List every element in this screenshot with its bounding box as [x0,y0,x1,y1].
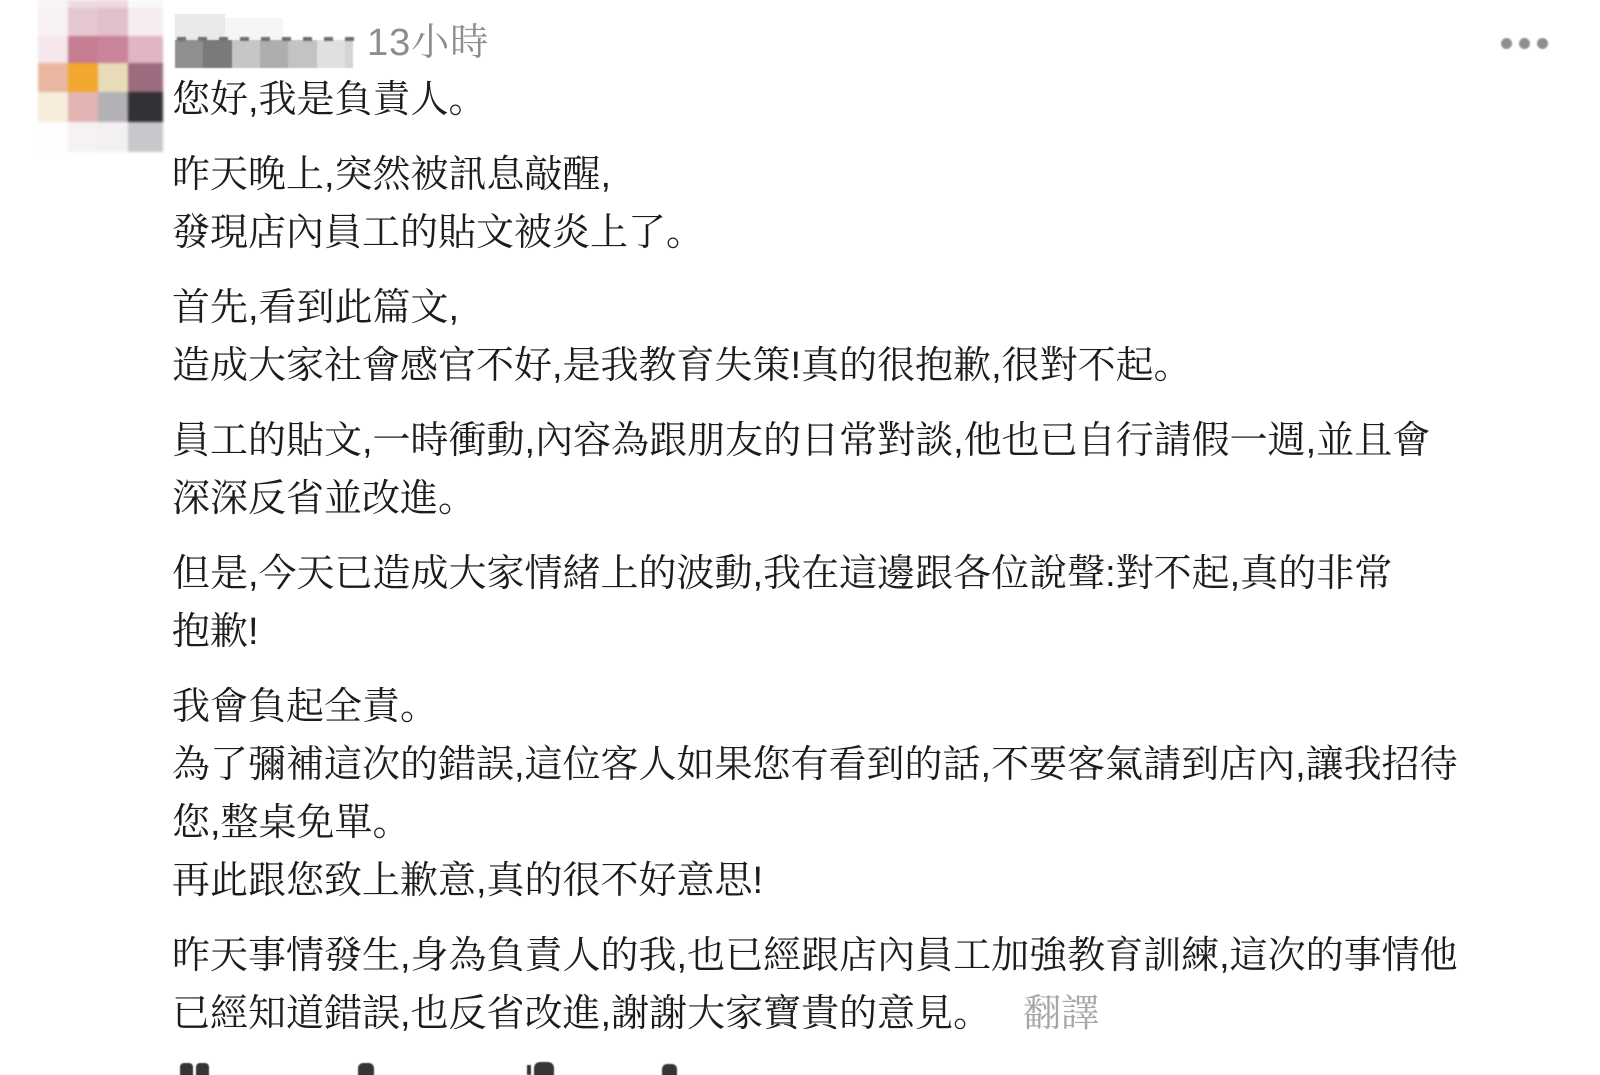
dot [1537,38,1548,49]
username-blur-block [232,40,260,68]
comment-text-line: 您好,我是負責人。 [172,71,1572,129]
avatar-pixel [68,63,98,92]
comment-paragraph: 我會負起全責。 為了彌補這次的錯誤,這位客人如果您有看到的話,不要客氣請到店內,… [172,678,1572,910]
dot [1501,38,1512,49]
redacted-mark [358,1063,374,1075]
comment-text-line: 再此跟您致上歉意,真的很不好意思! [172,852,1572,910]
avatar-pixel [68,122,98,152]
timestamp[interactable]: 13小時 [367,20,489,66]
comment-text-line: 首先,看到此篇文, [172,279,1572,337]
username-blur-artifact [177,37,359,41]
avatar-pixel [128,92,163,122]
avatar-pixel [68,92,98,122]
username-blur-block [260,40,288,68]
comment-text-line: 造成大家社會感官不好,是我教育失策!真的很抱歉,很對不起。 [172,337,1572,395]
comment-text-segment: 已經知道錯誤,也反省改進,謝謝大家寶貴的意見。 [172,993,991,1035]
avatar-pixel [98,0,128,8]
comment-text-line: 昨天晚上,突然被訊息敲醒, [172,146,1572,204]
avatar-pixel [128,8,163,36]
avatar-pixel [128,122,163,152]
avatar-pixel [68,0,98,8]
comment-text-line: 您,整桌免單。 [172,794,1572,852]
dot [1519,38,1530,49]
avatar-pixel [98,36,128,63]
username-blur-block [345,40,353,68]
username-blur-block [288,40,317,68]
avatar-pixel [128,0,163,8]
redacted-mark [180,1063,193,1075]
avatar-pixel [128,63,163,92]
avatar-pixel [68,8,98,36]
comment-text-line: 抱歉! [172,603,1572,661]
avatar-pixel [38,92,68,122]
comment-body: 您好,我是負責人。 昨天晚上,突然被訊息敲醒, 發現店內員工的貼文被炎上了。 首… [172,71,1572,1043]
username-redacted[interactable] [175,14,375,70]
username-blur-block [175,40,203,68]
comment-text-line: 我會負起全責。 [172,678,1572,736]
comment-text-line: 但是,今天已造成大家情緒上的波動,我在這邊跟各位說聲:對不起,真的非常 [172,545,1572,603]
comment-paragraph: 員工的貼文,一時衝動,內容為跟朋友的日常對談,他也已自行請假一週,並且會 深深反… [172,412,1572,528]
avatar-pixel [98,8,128,36]
comment-paragraph: 但是,今天已造成大家情緒上的波動,我在這邊跟各位說聲:對不起,真的非常 抱歉! [172,545,1572,661]
avatar-pixel [98,63,128,92]
comment-paragraph: 您好,我是負責人。 [172,71,1572,129]
comment-paragraph: 昨天事情發生,身為負責人的我,也已經跟店內員工加強教育訓練,這次的事情他 已經知… [172,927,1572,1043]
avatar-pixel [68,36,98,63]
avatar-pixel [98,92,128,122]
comment-paragraph: 昨天晚上,突然被訊息敲醒, 發現店內員工的貼文被炎上了。 [172,146,1572,262]
ellipsis-menu-icon[interactable] [1501,38,1548,49]
redacted-mark [527,1065,531,1075]
redacted-mark [196,1063,209,1075]
comment-text-line: 深深反省並改進。 [172,470,1572,528]
avatar-pixel [98,122,128,152]
comment-text-line: 為了彌補這次的錯誤,這位客人如果您有看到的話,不要客氣請到店內,讓我招待 [172,736,1572,794]
username-blur-block [317,40,345,68]
comment-post: 13小時 您好,我是負責人。 昨天晚上,突然被訊息敲醒, 發現店內員工的貼文被炎… [0,0,1600,1075]
avatar-pixel [38,36,68,63]
comment-text-line: 員工的貼文,一時衝動,內容為跟朋友的日常對談,他也已自行請假一週,並且會 [172,412,1572,470]
translate-link[interactable]: 翻譯 [1023,993,1099,1035]
comment-text-line: 發現店內員工的貼文被炎上了。 [172,204,1572,262]
avatar-pixel [38,8,68,36]
avatar-pixel [38,63,68,92]
redacted-mark [662,1064,677,1075]
avatar-pixel [128,36,163,63]
redacted-mark [534,1062,554,1075]
avatar[interactable] [38,0,163,152]
username-blur-row [175,40,353,68]
comment-paragraph: 首先,看到此篇文, 造成大家社會感官不好,是我教育失策!真的很抱歉,很對不起。 [172,279,1572,395]
comment-text-line: 已經知道錯誤,也反省改進,謝謝大家寶貴的意見。翻譯 [172,985,1572,1043]
comment-text-line: 昨天事情發生,身為負責人的我,也已經跟店內員工加強教育訓練,這次的事情他 [172,927,1572,985]
avatar-pixel [38,122,68,152]
avatar-pixel [38,0,68,8]
username-blur-block [203,40,232,68]
